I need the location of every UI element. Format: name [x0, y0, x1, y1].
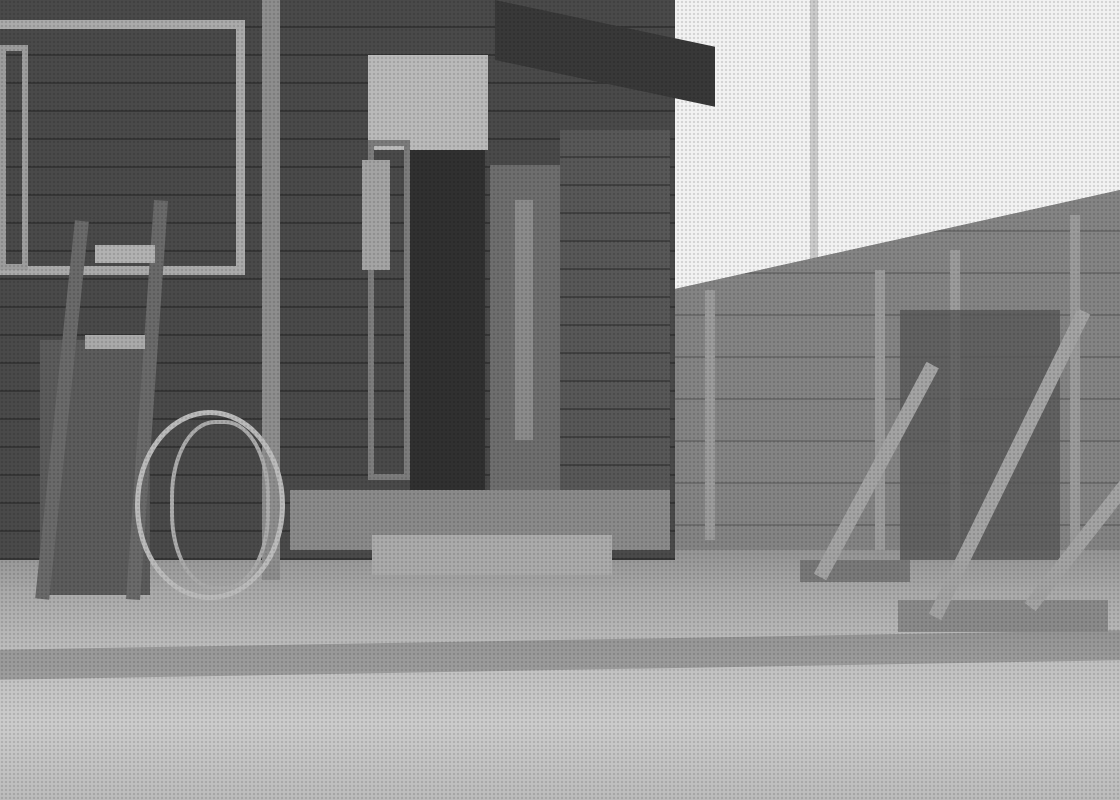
ladder-rung — [85, 335, 145, 349]
building-wing — [560, 130, 670, 540]
wall-post — [705, 290, 715, 540]
window-frame — [0, 20, 245, 275]
wall-post — [1070, 215, 1080, 555]
wall-post — [875, 270, 885, 550]
photograph — [0, 0, 1120, 800]
meter-box — [362, 160, 390, 270]
utility-pole — [810, 0, 818, 270]
doorway — [410, 150, 485, 510]
coiled-hose — [170, 420, 270, 590]
transom-window — [368, 55, 488, 150]
brace-base — [898, 600, 1108, 632]
door-step — [372, 535, 612, 575]
door-panel — [515, 200, 533, 440]
window-left — [0, 45, 28, 270]
ladder-rung — [95, 245, 155, 263]
